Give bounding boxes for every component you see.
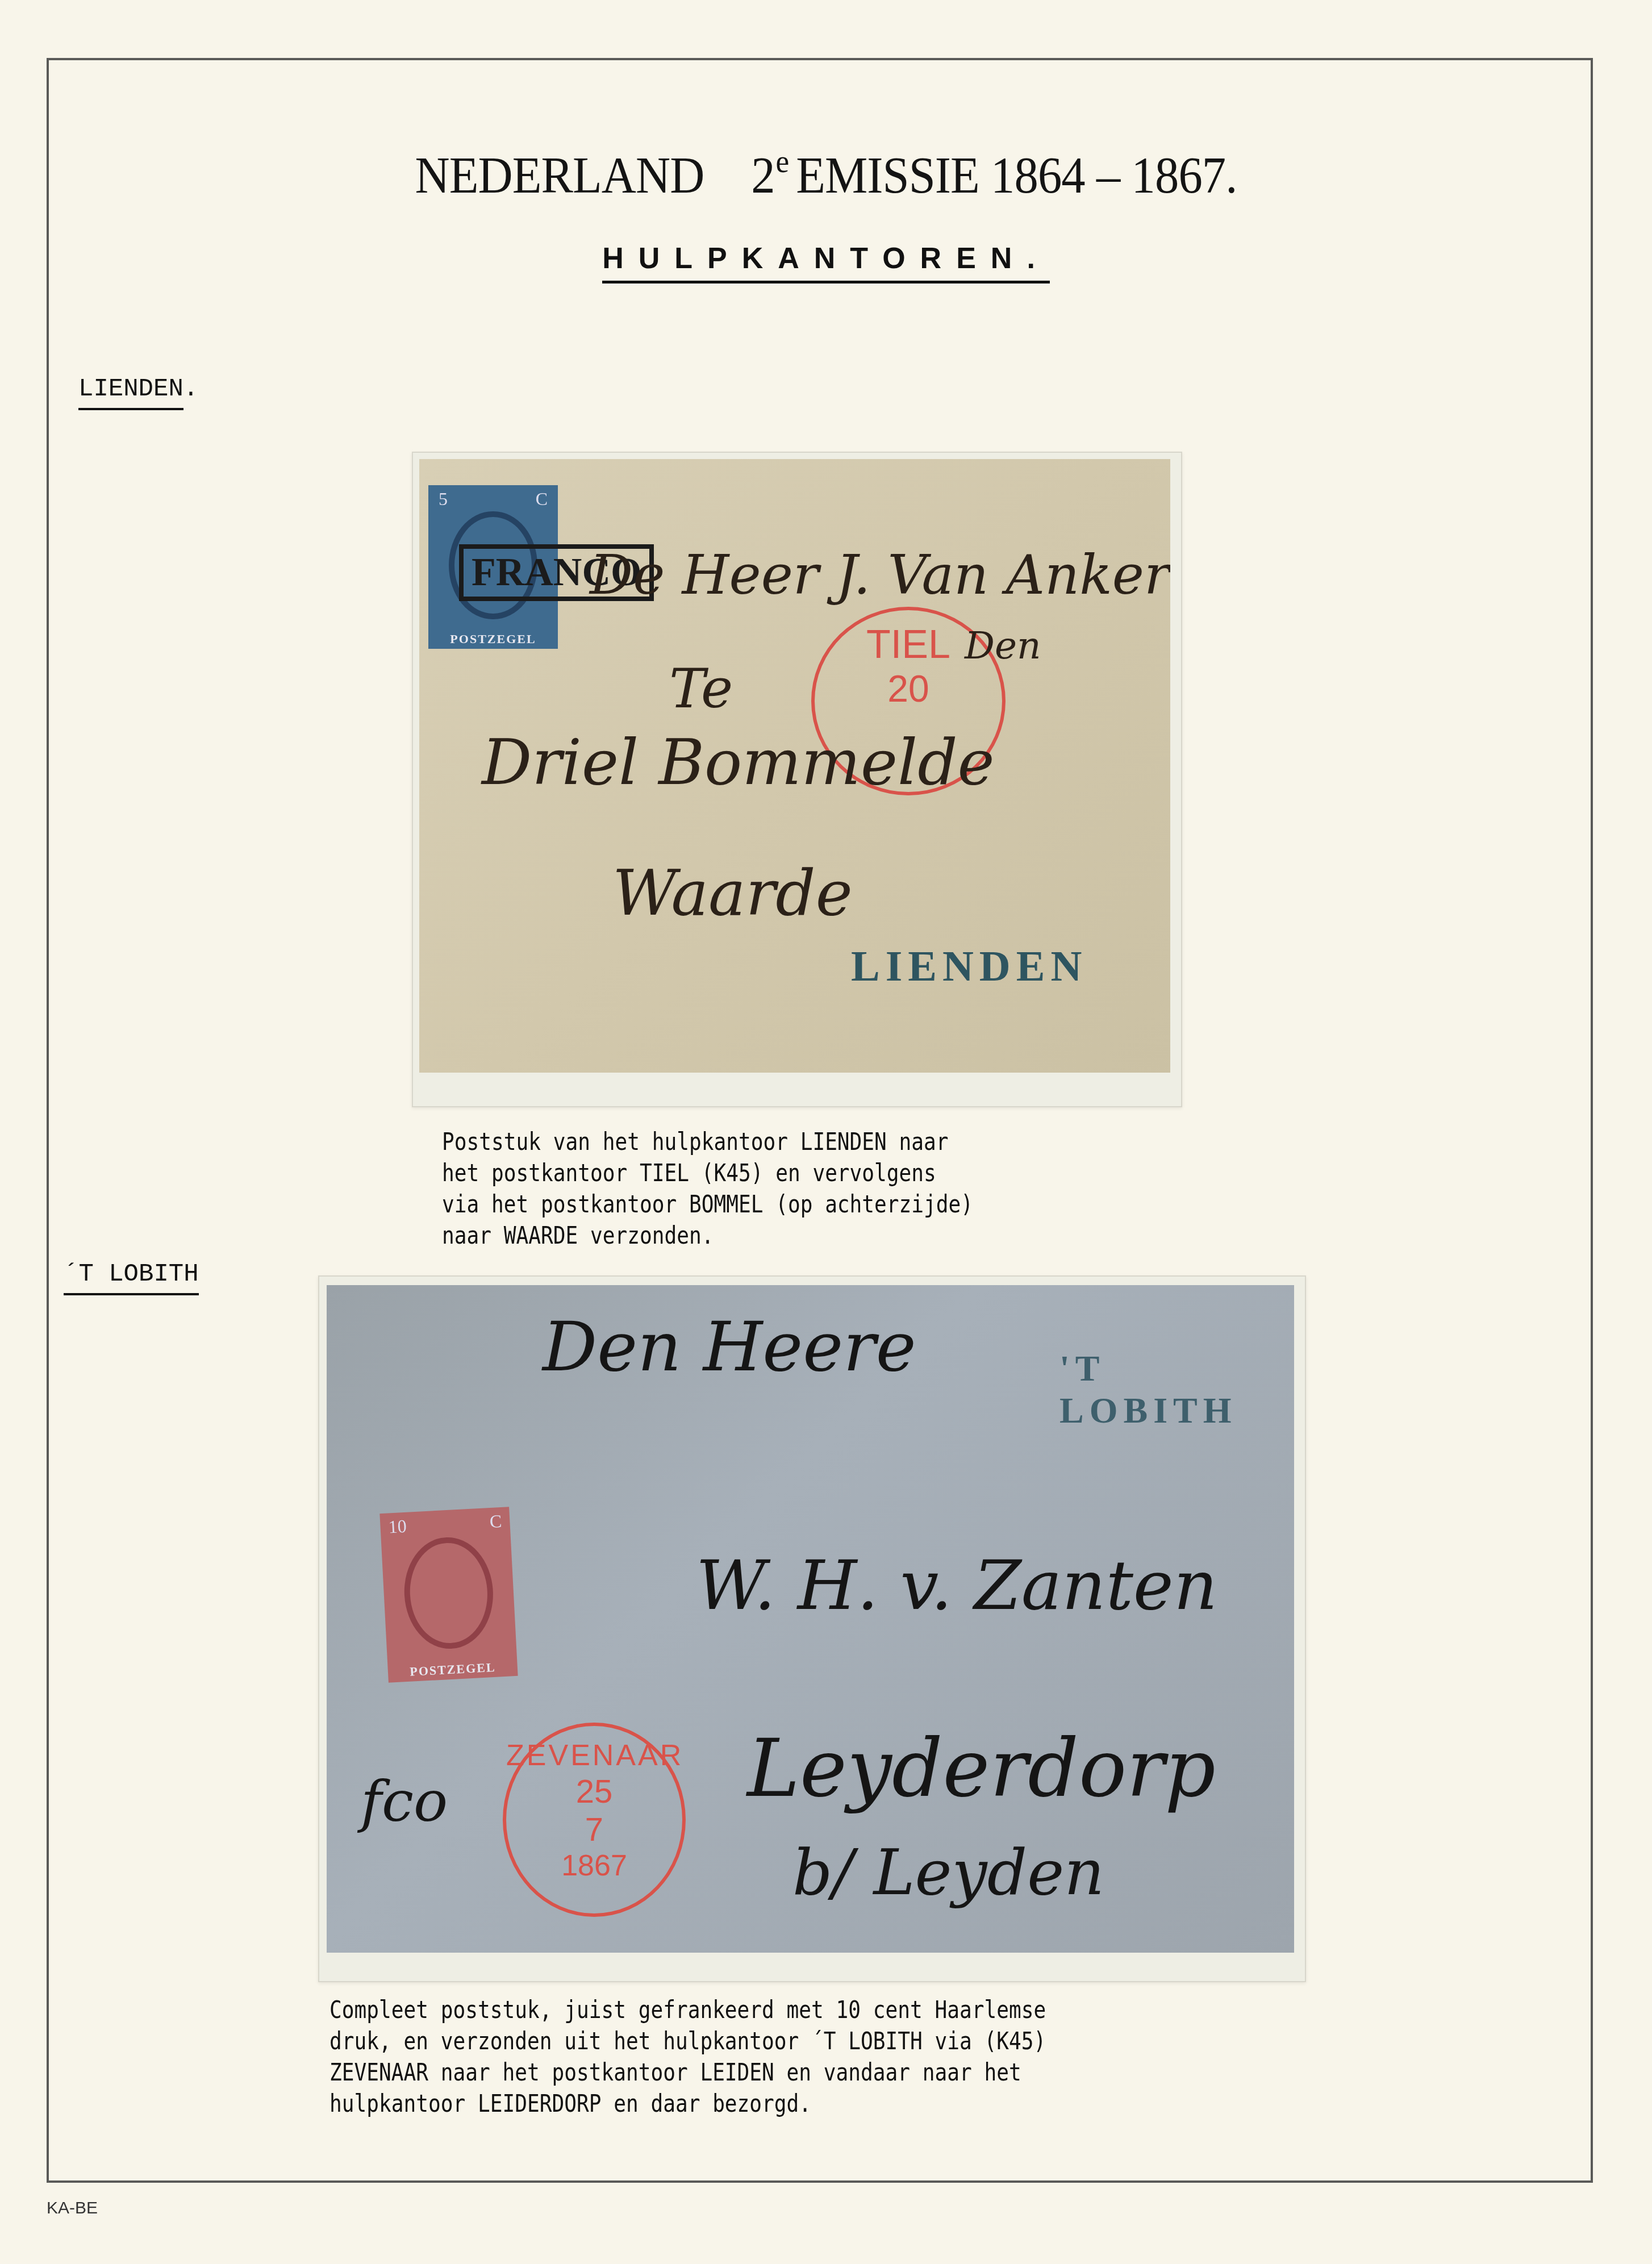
caption-lienden: Poststuk van het hulpkantoor LIENDEN naa… <box>442 1126 973 1251</box>
section-label-lobith: ´T LOBITH <box>64 1260 199 1289</box>
page-title: NEDERLAND2eEMISSIE 1864 – 1867. <box>66 142 1586 205</box>
address-line-3: Leyderdorp <box>747 1723 1216 1815</box>
portrait-oval <box>402 1535 495 1652</box>
section-label-suffix: . <box>183 375 198 403</box>
stamp-inscription: POSTZEGEL <box>428 632 558 647</box>
postmark-month: 7 <box>506 1811 682 1849</box>
address-line-2: W. H. v. Zanten <box>696 1546 1217 1625</box>
address-line-4: b/ Leyden <box>792 1836 1104 1909</box>
postmark-town: ZEVENAAR <box>506 1738 682 1773</box>
stamp-unit: C <box>536 489 548 510</box>
section-label-text: LIENDEN <box>78 375 183 410</box>
section-label-lienden: LIENDEN. <box>78 375 198 403</box>
origin-stamp-lobith: 'T LOBITH <box>1059 1348 1294 1432</box>
subtitle-text: HULPKANTOREN. <box>602 242 1050 283</box>
franco-note: fco <box>361 1768 448 1834</box>
title-country: NEDERLAND <box>415 146 704 204</box>
title-ordinal-sup: e <box>775 143 789 180</box>
section-label-text: ´T LOBITH <box>64 1260 199 1295</box>
address-line-4: Driel Bommelde <box>482 726 995 799</box>
cover-lobith: 10 C POSTZEGEL ZEVENAAR 25 7 1867 Den He… <box>327 1285 1294 1953</box>
address-line-1: Den Heere <box>543 1308 916 1387</box>
cover-lienden: 5 C POSTZEGEL FRANCO TIEL 20 De Heer J. … <box>419 459 1170 1073</box>
publisher-mark: KA-BE <box>47 2199 98 2218</box>
postmark-day: 20 <box>815 667 1002 710</box>
address-line-1: De Heer J. Van Anker <box>590 544 1170 607</box>
stamp-value: 5 <box>439 489 448 510</box>
stamp-10c-red: 10 C POSTZEGEL <box>370 1497 528 1692</box>
origin-stamp-lienden: LIENDEN <box>851 942 1087 991</box>
title-ordinal: 2 <box>751 146 774 204</box>
postmark-year: 1867 <box>506 1849 682 1883</box>
address-line-3: Te <box>669 658 733 720</box>
address-line-5: Waarde <box>612 857 853 929</box>
caption-lobith: Compleet poststuk, juist gefrankeerd met… <box>329 1994 1046 2119</box>
postmark-day: 25 <box>506 1773 682 1811</box>
stamp-inscription: POSTZEGEL <box>387 1659 518 1681</box>
address-line-2: Den <box>965 624 1041 668</box>
title-rest: EMISSIE 1864 – 1867. <box>796 146 1237 204</box>
stamp-unit: C <box>489 1511 502 1532</box>
stamp-value: 10 <box>388 1516 407 1538</box>
postmark-zevenaar: ZEVENAAR 25 7 1867 <box>503 1723 686 1917</box>
page-subtitle: HULPKANTOREN. <box>0 241 1652 276</box>
stamp-face: 10 C POSTZEGEL <box>379 1507 518 1683</box>
